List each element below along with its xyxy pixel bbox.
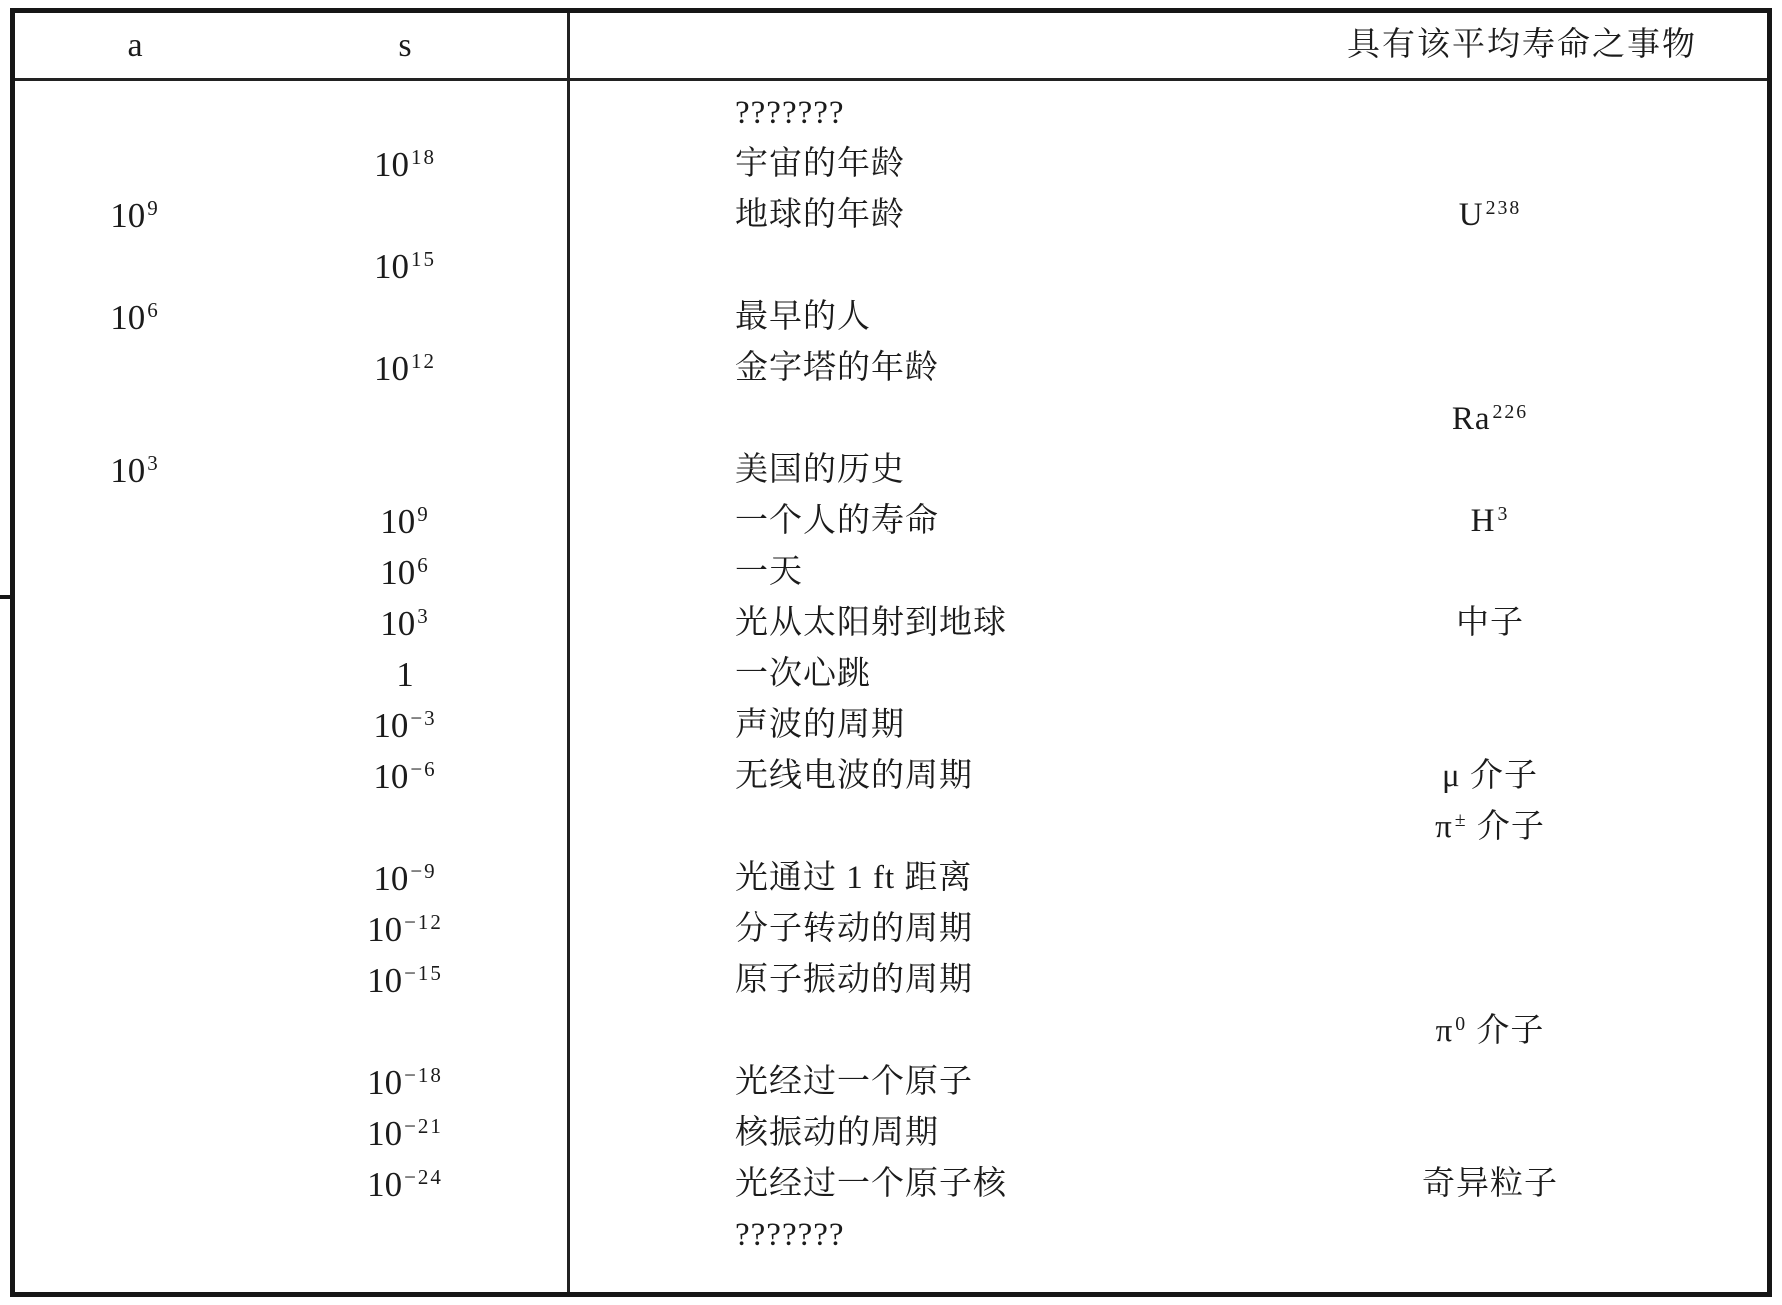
table-row: 10−21 核振动的周期 xyxy=(15,1108,1767,1159)
years-value xyxy=(15,241,255,292)
particle-name: π± 介子 xyxy=(1275,802,1705,853)
years-value xyxy=(15,88,255,139)
seconds-value xyxy=(255,1210,555,1261)
seconds-value: 10−21 xyxy=(255,1108,555,1159)
lifetime-description: 声波的周期 xyxy=(735,700,905,751)
table-row: 103 光从太阳射到地球 中子 xyxy=(15,598,1767,649)
particle-name xyxy=(1275,292,1705,343)
particle-name: 中子 xyxy=(1275,598,1705,649)
column-header-years: a xyxy=(15,13,255,78)
particle-name: H3 xyxy=(1275,496,1705,547)
seconds-value: 10−3 xyxy=(255,700,555,751)
table-row: 10−18 光经过一个原子 xyxy=(15,1057,1767,1108)
seconds-value: 109 xyxy=(255,496,555,547)
seconds-value xyxy=(255,445,555,496)
lifetime-description: ??????? xyxy=(735,1210,845,1261)
table-row: 10−24 光经过一个原子核 奇异粒子 xyxy=(15,1159,1767,1210)
seconds-value xyxy=(255,394,555,445)
table-row: 10−9 光通过 1 ft 距离 xyxy=(15,853,1767,904)
lifetime-description: 光从太阳射到地球 xyxy=(735,598,1007,649)
years-value: 106 xyxy=(15,292,255,343)
particle-name xyxy=(1275,955,1705,1006)
particle-name xyxy=(1275,649,1705,700)
years-value xyxy=(15,394,255,445)
table-body: ??????? 1018 宇宙的年龄 109 地球的年龄 U238 1015 1… xyxy=(15,81,1767,1292)
lifetime-description: 无线电波的周期 xyxy=(735,751,973,802)
particle-name xyxy=(1275,139,1705,190)
seconds-value xyxy=(255,88,555,139)
table-row: 10−15 原子振动的周期 xyxy=(15,955,1767,1006)
years-value xyxy=(15,802,255,853)
table-row: Ra226 xyxy=(15,394,1767,445)
years-value xyxy=(15,1057,255,1108)
column-header-seconds: s xyxy=(255,13,555,78)
seconds-value xyxy=(255,1006,555,1057)
table-row: 103 美国的历史 xyxy=(15,445,1767,496)
table-row: 106 最早的人 xyxy=(15,292,1767,343)
lifetime-description: 光经过一个原子 xyxy=(735,1057,973,1108)
lifetime-description: 宇宙的年龄 xyxy=(735,139,905,190)
seconds-value: 1018 xyxy=(255,139,555,190)
seconds-value: 10−6 xyxy=(255,751,555,802)
seconds-value: 103 xyxy=(255,598,555,649)
table-row: 109 一个人的寿命 H3 xyxy=(15,496,1767,547)
seconds-value xyxy=(255,292,555,343)
lifetime-description: ??????? xyxy=(735,88,845,139)
mean-lifetime-table: a s 具有该平均寿命之事物 ??????? 1018 宇宙的年龄 109 地球… xyxy=(10,8,1772,1297)
table-row: 106 一天 xyxy=(15,547,1767,598)
particle-name: Ra226 xyxy=(1275,394,1705,445)
particle-name xyxy=(1275,853,1705,904)
lifetime-description: 原子振动的周期 xyxy=(735,955,973,1006)
particle-name xyxy=(1275,547,1705,598)
table-header-row: a s 具有该平均寿命之事物 xyxy=(15,13,1767,81)
lifetime-description: 一天 xyxy=(735,547,803,598)
table-row: 1 一次心跳 xyxy=(15,649,1767,700)
years-value xyxy=(15,1159,255,1210)
particle-name: U238 xyxy=(1275,190,1705,241)
particle-name xyxy=(1275,1210,1705,1261)
table-row: 109 地球的年龄 U238 xyxy=(15,190,1767,241)
table-row: 1012 金字塔的年龄 xyxy=(15,343,1767,394)
lifetime-description: 金字塔的年龄 xyxy=(735,343,939,394)
table-row: 10−6 无线电波的周期 μ 介子 xyxy=(15,751,1767,802)
seconds-value: 10−24 xyxy=(255,1159,555,1210)
seconds-value: 1 xyxy=(255,649,555,700)
years-value xyxy=(15,547,255,598)
seconds-value: 10−9 xyxy=(255,853,555,904)
seconds-value: 10−18 xyxy=(255,1057,555,1108)
particle-name xyxy=(1275,1108,1705,1159)
table-row: ??????? xyxy=(15,1210,1767,1261)
particle-name xyxy=(1275,88,1705,139)
particle-name xyxy=(1275,1057,1705,1108)
lifetime-description: 一个人的寿命 xyxy=(735,496,939,547)
years-value xyxy=(15,496,255,547)
lifetime-description: 最早的人 xyxy=(735,292,871,343)
lifetime-description: 光通过 1 ft 距离 xyxy=(735,853,972,904)
scanned-page: a s 具有该平均寿命之事物 ??????? 1018 宇宙的年龄 109 地球… xyxy=(0,0,1782,1305)
years-value xyxy=(15,343,255,394)
seconds-value: 10−15 xyxy=(255,955,555,1006)
years-value xyxy=(15,139,255,190)
years-value xyxy=(15,649,255,700)
years-value xyxy=(15,904,255,955)
table-row: 1015 xyxy=(15,241,1767,292)
years-value xyxy=(15,751,255,802)
seconds-value xyxy=(255,190,555,241)
years-value xyxy=(15,1108,255,1159)
lifetime-description: 光经过一个原子核 xyxy=(735,1159,1007,1210)
particle-name xyxy=(1275,700,1705,751)
years-value: 109 xyxy=(15,190,255,241)
particle-name: π0 介子 xyxy=(1275,1006,1705,1057)
years-value xyxy=(15,1210,255,1261)
particle-name xyxy=(1275,241,1705,292)
lifetime-description: 分子转动的周期 xyxy=(735,904,973,955)
years-value xyxy=(15,853,255,904)
column-header-things: 具有该平均寿命之事物 xyxy=(570,13,1767,78)
column-divider-line xyxy=(567,13,570,1292)
lifetime-description: 核振动的周期 xyxy=(735,1108,939,1159)
seconds-value: 106 xyxy=(255,547,555,598)
lifetime-description: 一次心跳 xyxy=(735,649,871,700)
table-row: π0 介子 xyxy=(15,1006,1767,1057)
years-value xyxy=(15,1006,255,1057)
table-row: π± 介子 xyxy=(15,802,1767,853)
particle-name xyxy=(1275,904,1705,955)
table-row: 10−3 声波的周期 xyxy=(15,700,1767,751)
particle-name: 奇异粒子 xyxy=(1275,1159,1705,1210)
years-value xyxy=(15,700,255,751)
particle-name xyxy=(1275,445,1705,496)
lifetime-description: 地球的年龄 xyxy=(735,190,905,241)
seconds-value: 1015 xyxy=(255,241,555,292)
particle-name xyxy=(1275,343,1705,394)
seconds-value: 1012 xyxy=(255,343,555,394)
table-row: 1018 宇宙的年龄 xyxy=(15,139,1767,190)
years-value xyxy=(15,598,255,649)
lifetime-description: 美国的历史 xyxy=(735,445,905,496)
particle-name: μ 介子 xyxy=(1275,751,1705,802)
table-row: ??????? xyxy=(15,88,1767,139)
scan-artifact-tick xyxy=(0,595,12,599)
years-value: 103 xyxy=(15,445,255,496)
seconds-value: 10−12 xyxy=(255,904,555,955)
table-row: 10−12 分子转动的周期 xyxy=(15,904,1767,955)
years-value xyxy=(15,955,255,1006)
seconds-value xyxy=(255,802,555,853)
